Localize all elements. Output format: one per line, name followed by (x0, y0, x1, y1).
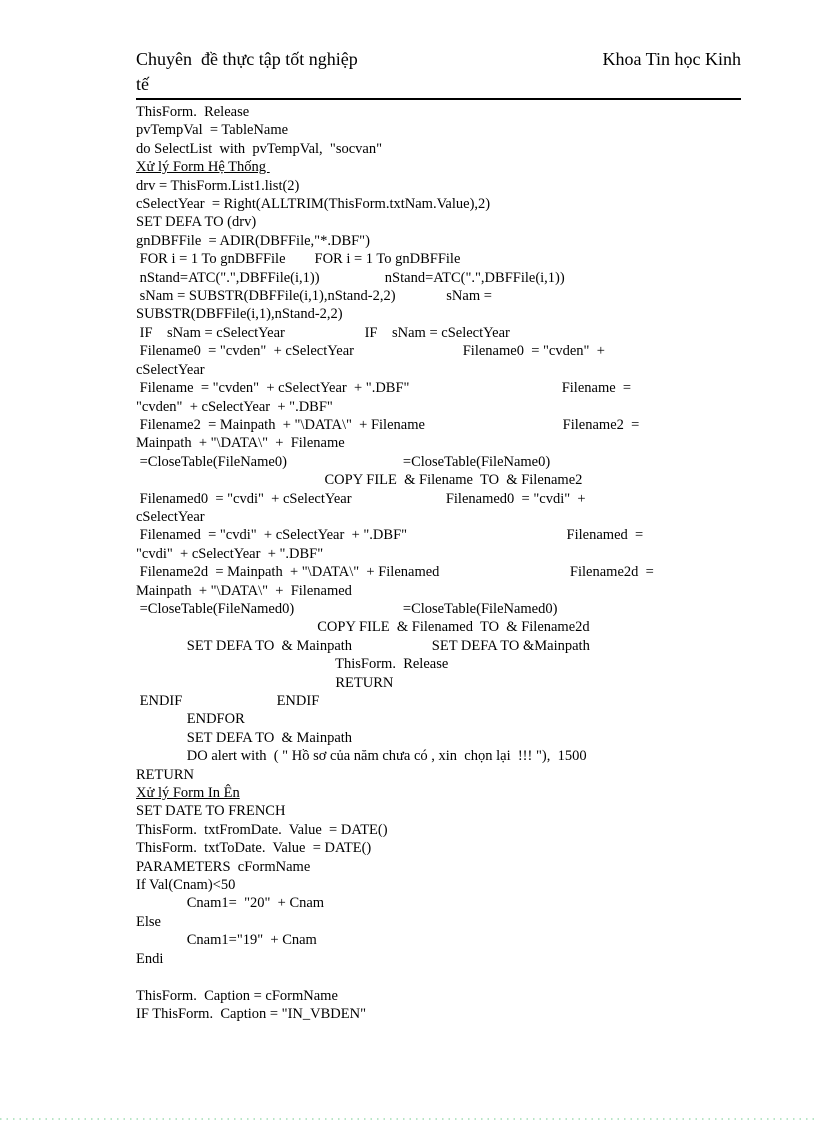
code-line: Endi (136, 950, 741, 968)
code-line: Filename0 = "cvden" + cSelectYear Filena… (136, 342, 741, 360)
code-line: ThisForm. Caption = cFormName (136, 987, 741, 1005)
code-line: Cnam1= "20" + Cnam (136, 894, 741, 912)
code-line: Xử lý Form In Ên (136, 784, 741, 802)
header-rule (136, 98, 741, 100)
header-row: Chuyên đề thực tập tốt nghiệp Khoa Tin h… (136, 46, 741, 72)
code-line: SET DEFA TO & Mainpath SET DEFA TO &Main… (136, 637, 741, 655)
code-line: Xử lý Form Hệ Thống (136, 158, 741, 176)
code-line: ENDFOR (136, 710, 741, 728)
code-line: "cvdi" + cSelectYear + ".DBF" (136, 545, 741, 563)
code-listing: ThisForm. ReleasepvTempVal = TableNamedo… (136, 103, 741, 1023)
code-line: Filename2d = Mainpath + "\DATA\" + Filen… (136, 563, 741, 581)
code-line: ThisForm. Release (136, 103, 741, 121)
code-line: =CloseTable(FileName0) =CloseTable(FileN… (136, 453, 741, 471)
page-content: Chuyên đề thực tập tốt nghiệp Khoa Tin h… (136, 46, 741, 1023)
code-line: SET DEFA TO (drv) (136, 213, 741, 231)
code-line: gnDBFFile = ADIR(DBFFile,"*.DBF") (136, 232, 741, 250)
code-line: ThisForm. txtFromDate. Value = DATE() (136, 821, 741, 839)
code-line: SUBSTR(DBFFile(i,1),nStand-2,2) (136, 305, 741, 323)
document-page: Chuyên đề thực tập tốt nghiệp Khoa Tin h… (0, 0, 816, 1123)
code-line: ThisForm. txtToDate. Value = DATE() (136, 839, 741, 857)
code-line: RETURN (136, 674, 741, 692)
code-line: PARAMETERS cFormName (136, 858, 741, 876)
code-line: cSelectYear (136, 361, 741, 379)
header-right-title: Khoa Tin học Kinh (602, 46, 741, 72)
code-line: RETURN (136, 766, 741, 784)
code-line: Filename = "cvden" + cSelectYear + ".DBF… (136, 379, 741, 397)
code-line: Mainpath + "\DATA\" + Filename (136, 434, 741, 452)
code-line: Filename2 = Mainpath + "\DATA\" + Filena… (136, 416, 741, 434)
code-line: =CloseTable(FileNamed0) =CloseTable(File… (136, 600, 741, 618)
code-line: drv = ThisForm.List1.list(2) (136, 177, 741, 195)
code-line: COPY FILE & Filenamed TO & Filename2d (136, 618, 741, 636)
code-line: "cvden" + cSelectYear + ".DBF" (136, 398, 741, 416)
header-left-title: Chuyên đề thực tập tốt nghiệp (136, 46, 358, 72)
code-line (136, 968, 741, 986)
code-line: FOR i = 1 To gnDBFFile FOR i = 1 To gnDB… (136, 250, 741, 268)
code-line: DO alert with ( " Hồ sơ của năm chưa có … (136, 747, 741, 765)
code-line: IF ThisForm. Caption = "IN_VBDEN" (136, 1005, 741, 1023)
code-line: ThisForm. Release (136, 655, 741, 673)
code-line: Filenamed = "cvdi" + cSelectYear + ".DBF… (136, 526, 741, 544)
code-line: do SelectList with pvTempVal, "socvan" (136, 140, 741, 158)
code-line: Cnam1="19" + Cnam (136, 931, 741, 949)
code-line: Else (136, 913, 741, 931)
code-line: cSelectYear = Right(ALLTRIM(ThisForm.txt… (136, 195, 741, 213)
code-line: SET DATE TO FRENCH (136, 802, 741, 820)
page-bottom-dotted-line (0, 1118, 816, 1120)
code-line: sNam = SUBSTR(DBFFile(i,1),nStand-2,2) s… (136, 287, 741, 305)
code-line: COPY FILE & Filename TO & Filename2 (136, 471, 741, 489)
code-line: nStand=ATC(".",DBFFile(i,1)) nStand=ATC(… (136, 269, 741, 287)
code-line: If Val(Cnam)<50 (136, 876, 741, 894)
code-line: pvTempVal = TableName (136, 121, 741, 139)
header-left-title-wrap: tế (136, 72, 741, 96)
code-line: cSelectYear (136, 508, 741, 526)
code-line: Mainpath + "\DATA\" + Filenamed (136, 582, 741, 600)
code-line: ENDIF ENDIF (136, 692, 741, 710)
code-line: IF sNam = cSelectYear IF sNam = cSelectY… (136, 324, 741, 342)
code-line: SET DEFA TO & Mainpath (136, 729, 741, 747)
page-header: Chuyên đề thực tập tốt nghiệp Khoa Tin h… (136, 46, 741, 100)
code-line: Filenamed0 = "cvdi" + cSelectYear Filena… (136, 490, 741, 508)
